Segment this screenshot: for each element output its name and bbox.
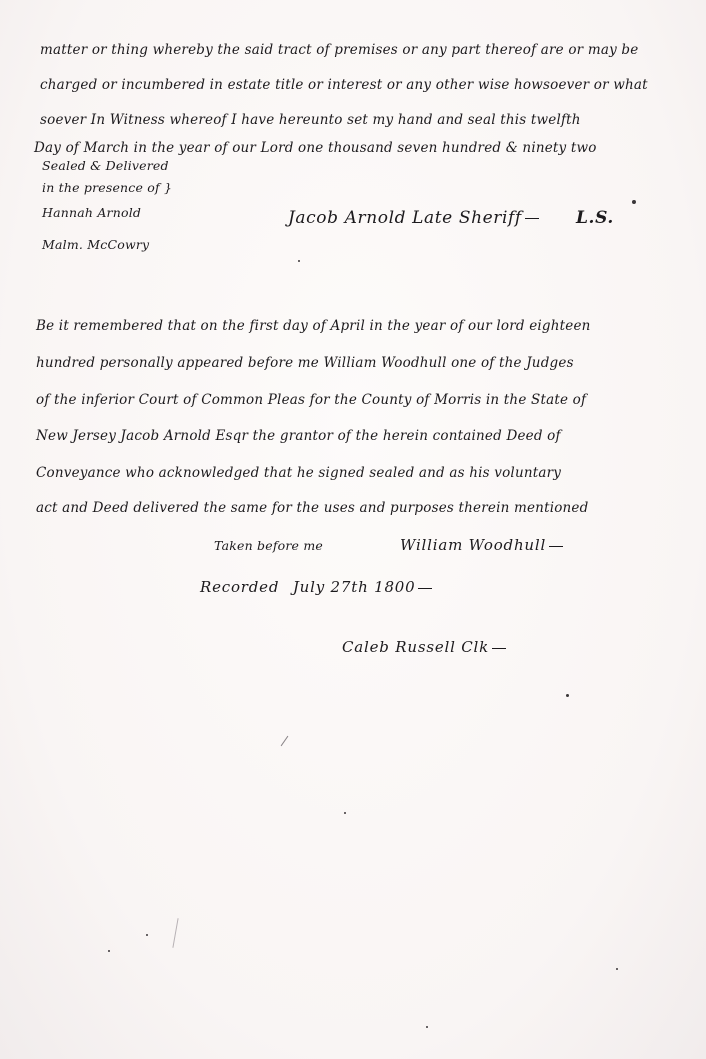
witness-hannah-arnold: Hannah Arnold bbox=[42, 205, 141, 220]
ack-line-6: act and Deed delivered the same for the … bbox=[36, 500, 588, 516]
clerk-signature: Caleb Russell Clk bbox=[342, 638, 506, 656]
ack-line-4: New Jersey Jacob Arnold Esqr the grantor… bbox=[36, 428, 561, 444]
sealed-delivered-label: Sealed & Delivered bbox=[42, 158, 169, 173]
deed-line-2: charged or incumbered in estate title or… bbox=[40, 77, 648, 93]
scan-stroke bbox=[281, 736, 289, 746]
judge-signature: William Woodhull bbox=[400, 536, 563, 554]
ack-line-5: Conveyance who acknowledged that he sign… bbox=[36, 465, 561, 481]
ack-line-3: of the inferior Court of Common Pleas fo… bbox=[36, 392, 586, 408]
scan-speck bbox=[344, 812, 346, 814]
scan-speck bbox=[426, 1026, 428, 1028]
deed-line-3: soever In Witness whereof I have hereunt… bbox=[40, 112, 581, 128]
judge-name: William Woodhull bbox=[400, 536, 546, 554]
deed-line-1: matter or thing whereby the said tract o… bbox=[40, 42, 638, 58]
scan-speck bbox=[108, 950, 110, 952]
taken-before-label: Taken before me bbox=[214, 538, 323, 553]
clerk-name: Caleb Russell Clk bbox=[342, 638, 489, 656]
recorded-date: July 27th 1800 bbox=[293, 578, 416, 596]
scan-speck bbox=[632, 200, 636, 204]
grantor-signature: Jacob Arnold Late Sheriff bbox=[288, 208, 539, 228]
scan-speck bbox=[616, 968, 618, 970]
scan-speck bbox=[146, 934, 148, 936]
presence-of-label: in the presence of } bbox=[42, 180, 172, 195]
grantor-name: Jacob Arnold Late Sheriff bbox=[288, 208, 522, 228]
recorded-label: Recorded bbox=[200, 578, 279, 596]
recorded-line: Recorded July 27th 1800 bbox=[200, 578, 432, 596]
ack-line-1: Be it remembered that on the first day o… bbox=[36, 318, 591, 334]
judge-dash bbox=[549, 546, 563, 547]
deed-line-4: Day of March in the year of our Lord one… bbox=[34, 140, 597, 156]
witness-mccowry: Malm. McCowry bbox=[42, 237, 149, 252]
seal-mark: L.S. bbox=[576, 208, 614, 228]
document-page: matter or thing whereby the said tract o… bbox=[0, 0, 706, 1059]
scan-speck bbox=[298, 260, 300, 262]
signature-dash bbox=[525, 218, 539, 219]
scan-stroke bbox=[172, 918, 178, 948]
clerk-dash bbox=[492, 648, 506, 649]
ack-line-2: hundred personally appeared before me Wi… bbox=[36, 355, 574, 371]
scan-speck bbox=[566, 694, 569, 697]
recorded-dash bbox=[418, 588, 432, 589]
